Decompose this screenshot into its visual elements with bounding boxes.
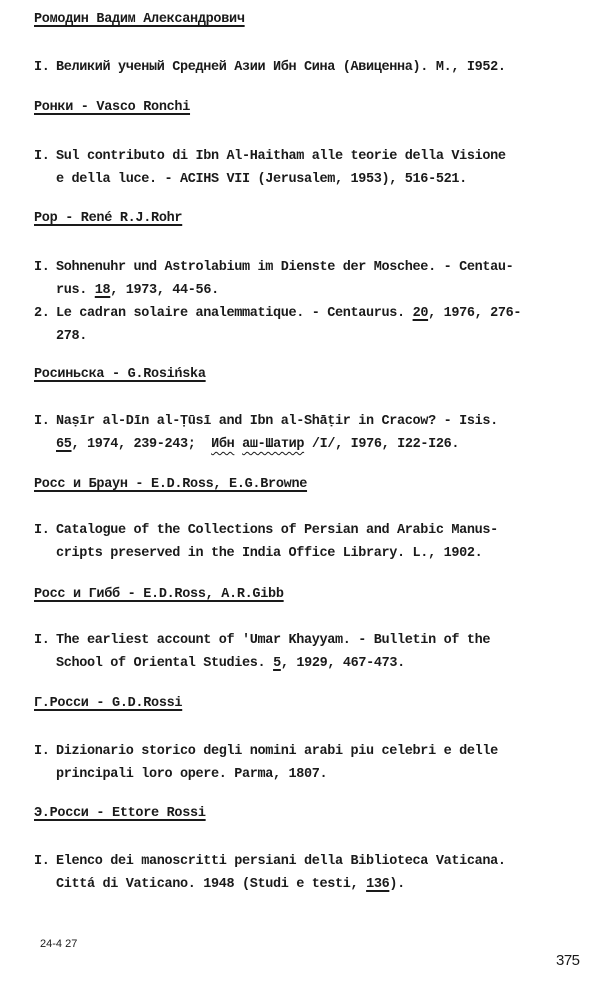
item-text: Sul contributo di Ibn Al-Haitham alle te…: [56, 149, 506, 164]
item-number: 2.: [34, 302, 56, 325]
item-text: Dizionario storico degli nomini arabi pi…: [56, 744, 498, 759]
bibliography-item: I.Sul contributo di Ibn Al-Haitham alle …: [34, 145, 594, 191]
author-heading: Ромодин Вадим Александрович: [34, 12, 245, 27]
bibliography-page: Ромодин Вадим Александрович I.Великий уч…: [0, 0, 605, 1000]
item-text-continuation: School of Oriental Studies.: [56, 656, 265, 671]
item-tail: ).: [389, 877, 405, 892]
bibliography-item: I.Naṣīr al-Dīn al-Ṭūsī and Ibn al-Shāṭir…: [34, 410, 594, 456]
bibliography-item: I.Великий ученый Средней Азии Ибн Сина (…: [34, 56, 594, 79]
bibliography-item: 2.Le cadran solaire analemmatique. - Cen…: [34, 302, 594, 348]
item-number: I.: [34, 410, 56, 433]
bibliography-item: I.Sohnenuhr und Astrolabium im Dienste d…: [34, 256, 594, 302]
item-number: I.: [34, 519, 56, 542]
item-text: Catalogue of the Collections of Persian …: [56, 523, 498, 538]
bibliography-item: I.Elenco dei manoscritti persiani della …: [34, 850, 594, 896]
item-text-continuation: e della luce. - ACIHS VII (Jerusalem, 19…: [34, 168, 594, 191]
item-text: Sohnenuhr und Astrolabium im Dienste der…: [56, 260, 513, 275]
item-text: The earliest account of 'Umar Khayyam. -…: [56, 633, 490, 648]
item-number: I.: [34, 56, 56, 79]
item-tail: , 1974, 239-243;: [72, 437, 196, 452]
item-tail: , 1973, 44-56.: [110, 283, 219, 298]
volume-number: 20: [413, 306, 429, 321]
printer-signature: 24-4 27: [40, 938, 77, 950]
author-heading: Росиньска - G.Rosińska: [34, 367, 206, 382]
page-number: 375: [556, 952, 580, 969]
item-number: I.: [34, 629, 56, 652]
item-tail: , 1976, 276-: [428, 306, 521, 321]
item-text: Le cadran solaire analemmatique. - Centa…: [56, 306, 405, 321]
volume-number: 5: [273, 656, 281, 671]
item-number: I.: [34, 850, 56, 873]
item-text: Naṣīr al-Dīn al-Ṭūsī and Ibn al-Shāṭir i…: [56, 414, 498, 429]
author-heading: Рор - René R.J.Rohr: [34, 211, 182, 226]
bibliography-item: I.Catalogue of the Collections of Persia…: [34, 519, 594, 565]
item-text-continuation: 278.: [34, 325, 594, 348]
author-heading: Росс и Браун - E.D.Ross, E.G.Browne: [34, 477, 307, 492]
item-tail: , 1929, 467-473.: [281, 656, 405, 671]
bibliography-item: I.Dizionario storico degli nomini arabi …: [34, 740, 594, 786]
item-text-continuation: rus.: [56, 283, 87, 298]
bibliography-item: I.The earliest account of 'Umar Khayyam.…: [34, 629, 594, 675]
item-text-continuation: principali loro opere. Parma, 1807.: [34, 763, 594, 786]
author-heading: Э.Росси - Ettore Rossi: [34, 806, 206, 821]
cross-reference: Ибн: [211, 437, 234, 452]
item-text-continuation: cripts preserved in the India Office Lib…: [34, 542, 594, 565]
volume-number: 18: [95, 283, 111, 298]
author-heading: Г.Росси - G.D.Rossi: [34, 696, 182, 711]
item-number: I.: [34, 256, 56, 279]
cross-reference: аш-Шатир: [242, 437, 304, 452]
author-heading: Ронки - Vasco Ronchi: [34, 100, 190, 115]
item-number: I.: [34, 740, 56, 763]
item-text: Elenco dei manoscritti persiani della Bi…: [56, 854, 506, 869]
item-text: Великий ученый Средней Азии Ибн Сина (Ав…: [56, 60, 506, 75]
volume-number: 65: [56, 437, 72, 452]
cross-reference-tail: /I/, I976, I22-I26.: [312, 437, 459, 452]
volume-number: 136: [366, 877, 389, 892]
author-heading: Росс и Гибб - E.D.Ross, A.R.Gibb: [34, 587, 284, 602]
item-text-continuation: Cittá di Vaticano. 1948 (Studi e testi,: [56, 877, 358, 892]
item-number: I.: [34, 145, 56, 168]
